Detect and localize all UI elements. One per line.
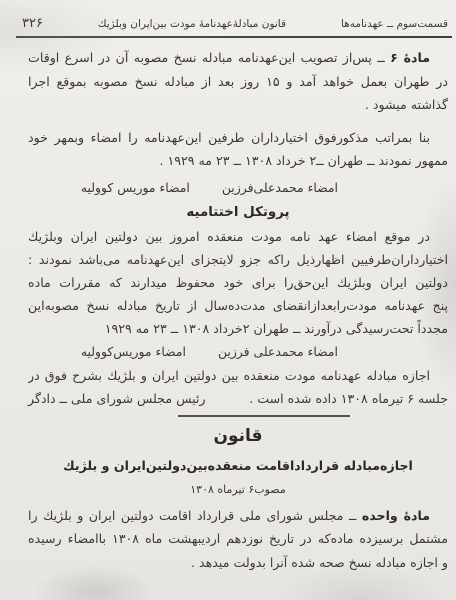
signature-cuvelier-2: امضاء موریس‌کوولیه xyxy=(81,342,186,362)
closing-line-2: ممهور نمودند ــ طهران ــ۲ خرداد ۱۳۰۸ ــ … xyxy=(28,149,448,173)
single-article-paragraph: مادهٔ واحده ــ مجلس شورای ملی قرارداد اق… xyxy=(28,504,448,575)
protocol-line-2: اختیارداران‌طرفیین اظهارذیل راکه جزو لای… xyxy=(28,248,448,271)
scanned-book-page: قسمت‌سوم ــ عهدنامه‌ها قانون مبادلهٔ‌عهد… xyxy=(0,0,456,600)
signature-row-1: امضاء محمدعلی‌فرزین امضاء موریس کوولیه xyxy=(28,178,338,198)
running-header: قسمت‌سوم ــ عهدنامه‌ها قانون مبادلهٔ‌عهد… xyxy=(22,16,448,31)
single-article-line-2: مشتمل برسیزده ماده‌که در تاریخ نوزدهم ار… xyxy=(28,527,448,551)
protocol-line-5: مجدداً تحت‌رسیدگی درآورند ــ طهران ۲خردا… xyxy=(28,317,448,340)
protocol-line-4: پنج عهدنامه مودت‌رابعدازانقضای مدت‌ده‌سا… xyxy=(28,294,448,317)
protocol-heading: پروتکل اختتامیه xyxy=(28,202,448,223)
protocol-paragraph: در موقع امضاء عهد نامه مودت منعقده امروز… xyxy=(28,225,448,340)
article-6-paragraph: مادهٔ ۶ ــ پس‌از تصویب این‌عهدنامه مبادل… xyxy=(28,46,448,117)
article-6-line-3: گذاشته میشود . xyxy=(28,93,448,117)
page-number: ۳۲۶ xyxy=(22,16,43,31)
article-6-line-2: در طهران بعمل خواهد آمد و ۱۵ روز بعد از … xyxy=(28,70,448,94)
single-article-line-1: مادهٔ واحده ــ مجلس شورای ملی قرارداد اق… xyxy=(28,504,448,528)
single-article-line-1-text: ــ مجلس شورای ملی قرارداد اقامت دولتین ا… xyxy=(28,508,362,523)
single-article-lead: مادهٔ واحده xyxy=(362,508,430,523)
article-6-lead: مادهٔ ۶ xyxy=(390,50,430,65)
article-6-line-1: مادهٔ ۶ ــ پس‌از تصویب این‌عهدنامه مبادل… xyxy=(28,46,448,70)
header-rule xyxy=(16,36,452,38)
law-subtitle: اجازه‌مبادله قرارداداقامت منعقده‌بین‌دول… xyxy=(28,456,448,476)
signature-row-2: امضاء محمدعلی فرزین امضاء موریس‌کوولیه xyxy=(28,342,338,362)
signature-cuvelier: امضاء موریس کوولیه xyxy=(81,178,190,198)
signature-farzin-2: امضاء محمدعلی فرزین xyxy=(218,342,338,362)
approval-line-2: جلسه ۶ تیرماه ۱۳۰۸ داده شده است . رئیس م… xyxy=(28,387,448,411)
closing-paragraph: بنا بمراتب مذکورفوق اختیارداران طرفین ای… xyxy=(28,126,448,173)
approval-session-text: جلسه ۶ تیرماه ۱۳۰۸ داده شده است . xyxy=(249,387,448,411)
article-6-line-1-text: ــ پس‌از تصویب این‌عهدنامه مبادله نسخ مص… xyxy=(28,50,390,65)
page-body: مادهٔ ۶ ــ پس‌از تصویب این‌عهدنامه مبادل… xyxy=(28,46,448,574)
header-section-label: قسمت‌سوم ــ عهدنامه‌ها xyxy=(341,18,448,30)
law-heading: قانون xyxy=(28,423,448,449)
protocol-line-1: در موقع امضاء عهد نامه مودت منعقده امروز… xyxy=(28,225,448,248)
section-divider-rule xyxy=(178,415,350,417)
protocol-line-3: دولتین ایران وبلژیك این‌حق‌را برای خود م… xyxy=(28,271,448,294)
approval-paragraph: اجازه مبادله عهدنامه مودت منعقده بین دول… xyxy=(28,364,448,411)
closing-line-1: بنا بمراتب مذکورفوق اختیارداران طرفین ای… xyxy=(28,126,448,150)
signature-farzin: امضاء محمدعلی‌فرزین xyxy=(222,178,338,198)
majlis-president-signature: رئیس مجلس شورای ملی ــ دادگر xyxy=(28,387,206,411)
law-approval-date: مصوب۶ تیرماه ۱۳۰۸ xyxy=(28,482,448,498)
header-chapter-title: قانون مبادلهٔ‌عهدنامهٔ مودت بین‌ایران وب… xyxy=(98,18,286,30)
approval-line-1: اجازه مبادله عهدنامه مودت منعقده بین دول… xyxy=(28,364,448,388)
single-article-line-3: و اجازه مبادله نسخ صحه شده آنرا بدولت می… xyxy=(28,551,448,575)
